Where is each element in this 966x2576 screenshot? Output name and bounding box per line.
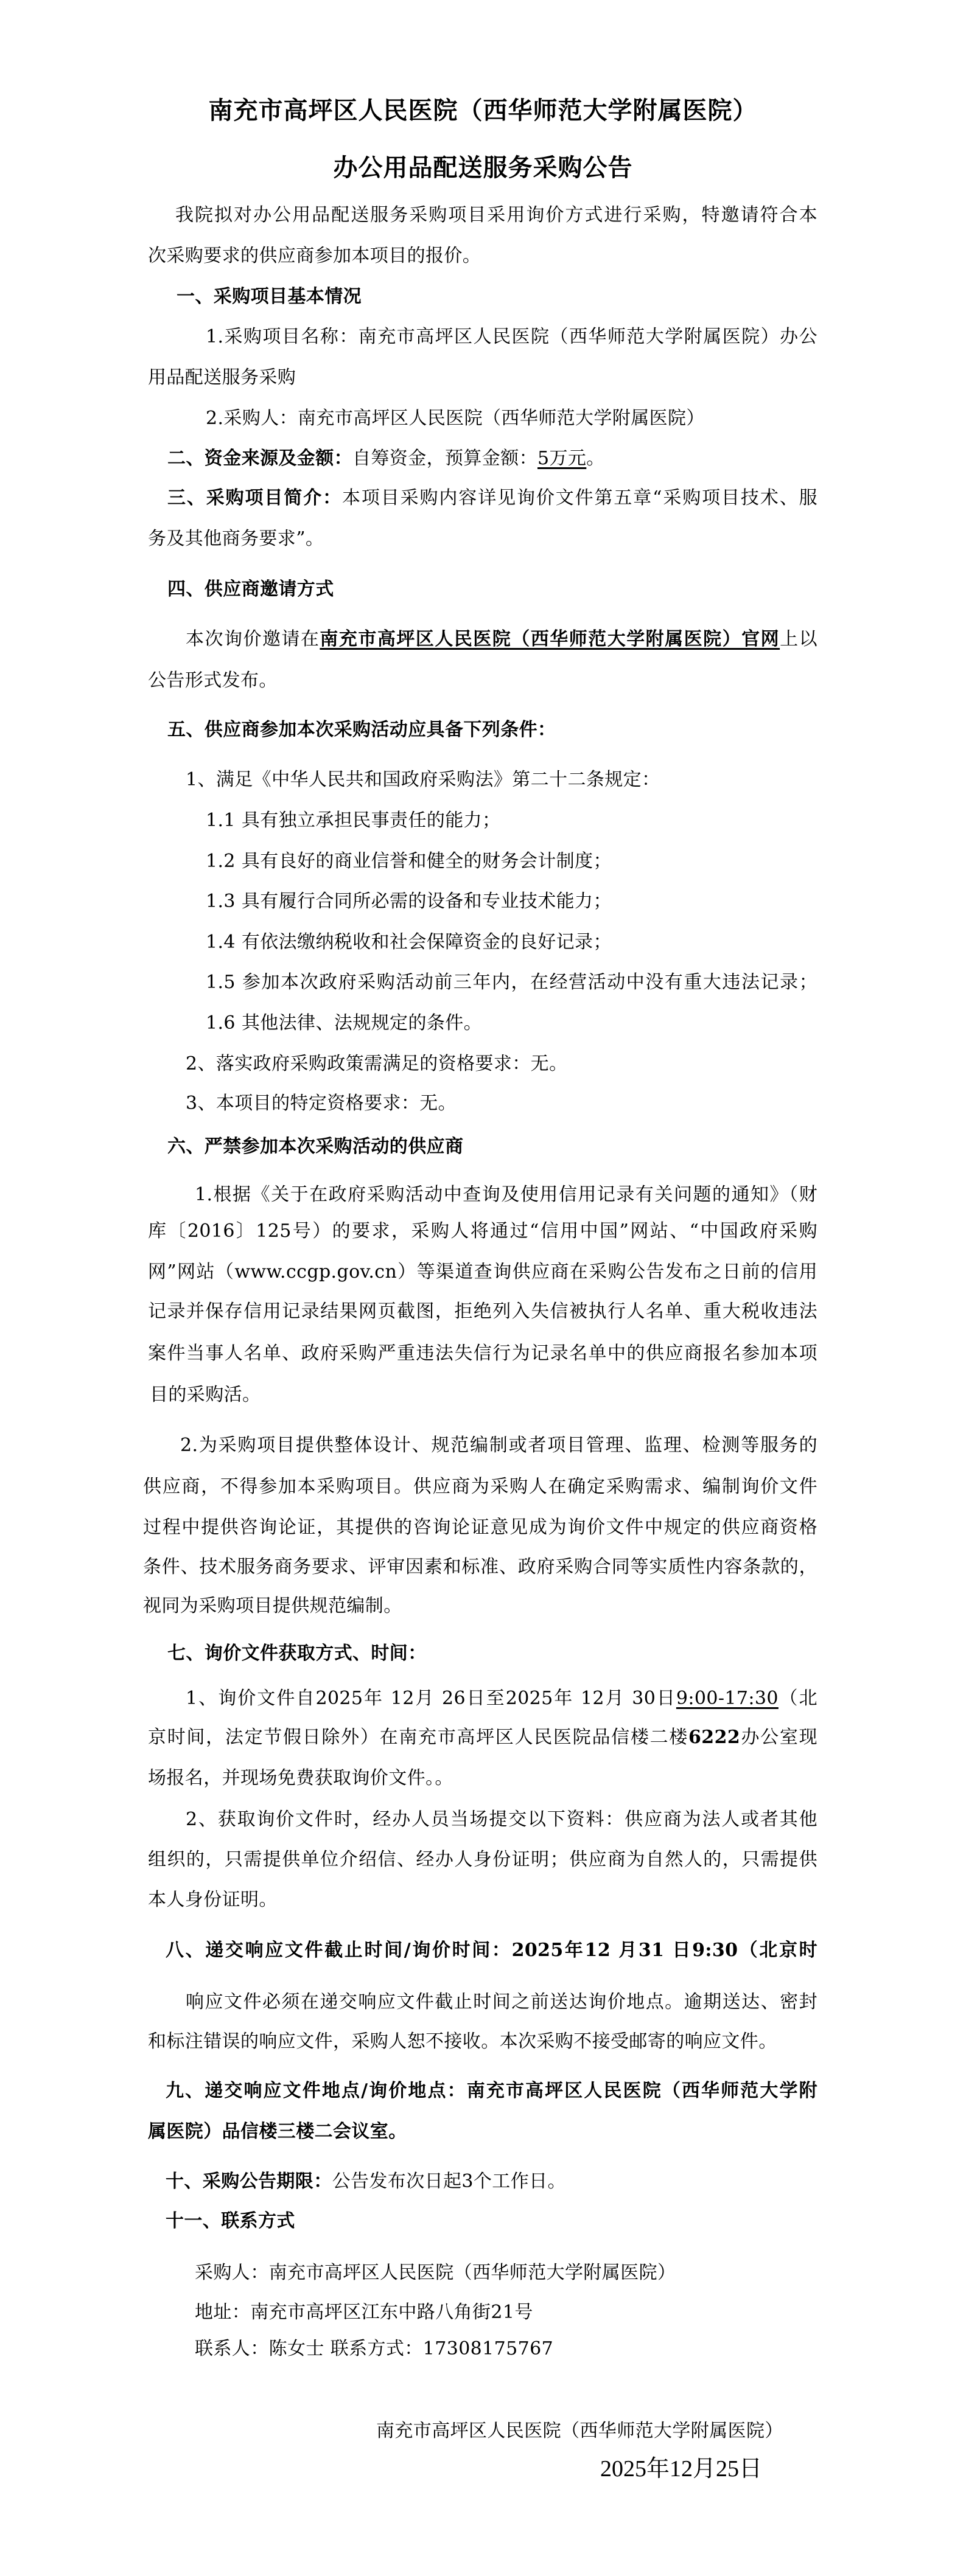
document-line: 本人身份证明。 (148, 1888, 278, 1912)
document-line: 1.3 具有履行合同所必需的设备和专业技术能力； (206, 889, 612, 914)
document-line: 四、供应商邀请方式 (167, 577, 334, 602)
document-line: 采购人：南充市高坪区人民医院（西华师范大学附属医院） (195, 2261, 676, 2285)
bold-text: 六、严禁参加本次采购活动的供应商 (167, 1136, 463, 1157)
document-line: 二、资金来源及金额：自筹资金，预算金额：5万元。 (167, 447, 605, 471)
document-line: 一、采购项目基本情况 (177, 285, 362, 309)
document-line: 库〔2016〕125号）的要求，采购人将通过“信用中国”网站、“中国政府采购 (148, 1219, 817, 1244)
document-line: 我院拟对办公用品配送服务采购项目采用询价方式进行采购，特邀请符合本 (175, 203, 817, 228)
text: 1.2 具有良好的商业信誉和健全的财务会计制度； (206, 851, 612, 872)
text: 用品配送服务采购 (148, 367, 296, 388)
document-line: 目的采购活。 (150, 1383, 261, 1407)
document-line: 网”网站（www.ccgp.gov.cn）等渠道查询供应商在采购公告发布之日前的… (148, 1260, 817, 1284)
document-line: 七、询价文件获取方式、时间： (167, 1641, 427, 1666)
document-line: 十一、联系方式 (166, 2209, 295, 2233)
text: 本项目采购内容详见询价文件第五章“采购项目技术、服 (342, 487, 817, 509)
text: 次采购要求的供应商参加本项目的报价。 (148, 245, 481, 266)
announcement-page: 南充市高坪区人民医院（西华师范大学附属医院） 办公用品配送服务采购公告 我院拟对… (0, 0, 966, 2576)
signature-org: 南充市高坪区人民医院（西华师范大学附属医院） (376, 2419, 783, 2443)
document-line: 记录并保存信用记录结果网页截图，拒绝列入失信被执行人名单、重大税收违法 (148, 1300, 817, 1324)
text: 案件当事人名单、政府采购严重违法失信行为记录名单中的供应商报名参加本项 (148, 1343, 817, 1364)
bold-text: 十、采购公告期限： (166, 2171, 332, 2192)
text: 本次询价邀请在 (186, 628, 320, 650)
document-line: 联系人：陈女士 联系方式：17308175767 (195, 2337, 553, 2361)
document-line: 场报名，并现场免费获取询价文件。。 (148, 1766, 453, 1791)
document-line: 本次询价邀请在南充市高坪区人民医院（西华师范大学附属医院）官网上以 (186, 627, 817, 652)
document-line: 三、采购项目简介：本项目采购内容详见询价文件第五章“采购项目技术、服 (167, 486, 817, 510)
bold-text: 八、递交响应文件截止时间/询价时间：2025年12 月31 日9:30（北京时间… (166, 1940, 817, 1963)
text: 务及其他商务要求”。 (148, 528, 324, 549)
document-line: 六、严禁参加本次采购活动的供应商 (167, 1135, 463, 1159)
text: 1.5 参加本次政府采购活动前三年内，在经营活动中没有重大违法记录； (206, 972, 817, 993)
document-line: 1.2 具有良好的商业信誉和健全的财务会计制度； (206, 849, 612, 874)
text: 库〔2016〕125号）的要求，采购人将通过“信用中国”网站、“中国政府采购 (148, 1220, 817, 1242)
text: 过程中提供咨询论证，其提供的咨询论证意见成为询价文件中规定的供应商资格 (143, 1517, 817, 1538)
document-line: 和标注错误的响应文件，采购人恕不接收。本次采购不接受邮寄的响应文件。 (148, 2030, 777, 2054)
bold-text: 二、资金来源及金额： (167, 448, 352, 469)
document-line: 案件当事人名单、政府采购严重违法失信行为记录名单中的供应商报名参加本项 (148, 1342, 817, 1366)
text: 采购人：南充市高坪区人民医院（西华师范大学附属医院） (195, 2262, 676, 2283)
text: 2.为采购项目提供整体设计、规范编制或者项目管理、监理、检测等服务的 (180, 1435, 817, 1456)
document-line: 2.采购人：南充市高坪区人民医院（西华师范大学附属医院） (206, 406, 705, 431)
document-line: 1、询价文件自2025年 12月 26日至2025年 12月 30日9:00-1… (186, 1687, 817, 1711)
text: （北 (779, 1688, 817, 1709)
document-line: 京时间，法定节假日除外）在南充市高坪区人民医院品信楼二楼6222办公室现 (148, 1725, 817, 1750)
text: 条件、技术服务商务要求、评审因素和标准、政府采购合同等实质性内容条款的， (143, 1556, 817, 1578)
text: 地址：南充市高坪区江东中路八角街21号 (195, 2302, 533, 2323)
bold-text: 一、采购项目基本情况 (177, 286, 362, 307)
underlined-text: 南充市高坪区人民医院（西华师范大学附属医院）官网 (320, 628, 780, 650)
text: 1.采购项目名称：南充市高坪区人民医院（西华师范大学附属医院）办公 (206, 326, 817, 347)
document-title: 办公用品配送服务采购公告 (0, 153, 966, 183)
text: 本人身份证明。 (148, 1889, 278, 1910)
text: 组织的，只需提供单位介绍信、经办人身份证明；供应商为自然人的，只需提供 (148, 1849, 817, 1870)
text: 自筹资金，预算金额： (352, 448, 537, 469)
text: 1.根据《关于在政府采购活动中查询及使用信用记录有关问题的通知》（财 (195, 1184, 817, 1205)
document-line: 视同为采购项目提供规范编制。 (143, 1594, 402, 1618)
text: 京时间，法定节假日除外）在南充市高坪区人民医院品信楼二楼 (148, 1727, 688, 1748)
text: 2.采购人：南充市高坪区人民医院（西华师范大学附属医院） (206, 408, 705, 429)
document-line: 1.5 参加本次政府采购活动前三年内，在经营活动中没有重大违法记录； (206, 970, 817, 995)
text: 联系人：陈女士 联系方式：17308175767 (195, 2338, 553, 2359)
text: 目的采购活。 (150, 1384, 261, 1405)
text: 1、满足《中华人民共和国政府采购法》第二十二条规定： (186, 769, 660, 790)
document-line: 八、递交响应文件截止时间/询价时间：2025年12 月31 日9:30（北京时间… (166, 1938, 817, 1963)
document-line: 1.根据《关于在政府采购活动中查询及使用信用记录有关问题的通知》（财 (195, 1183, 817, 1207)
bold-text: 七、询价文件获取方式、时间： (167, 1643, 427, 1664)
text: 公告发布次日起3个工作日。 (332, 2171, 566, 2192)
bold-text: 6222 (688, 1727, 740, 1748)
document-line: 五、供应商参加本次采购活动应具备下列条件： (167, 718, 556, 742)
text: 网”网站（www.ccgp.gov.cn）等渠道查询供应商在采购公告发布之日前的… (148, 1261, 817, 1283)
text: 1.6 其他法律、法规规定的条件。 (206, 1012, 482, 1034)
underlined-text: 5万元 (537, 448, 586, 469)
signature-date: 2025年12月25日 (600, 2456, 762, 2482)
document-line: 次采购要求的供应商参加本项目的报价。 (148, 244, 481, 268)
document-line: 九、递交响应文件地点/询价地点：南充市高坪区人民医院（西华师范大学附 (166, 2079, 817, 2103)
text: 记录并保存信用记录结果网页截图，拒绝列入失信被执行人名单、重大税收违法 (148, 1301, 817, 1322)
document-line: 1.4 有依法缴纳税收和社会保障资金的良好记录； (206, 930, 612, 955)
document-line: 公告形式发布。 (148, 669, 278, 693)
text: 1.4 有依法缴纳税收和社会保障资金的良好记录； (206, 931, 612, 953)
document-line: 十、采购公告期限：公告发布次日起3个工作日。 (166, 2170, 566, 2194)
text: 公告形式发布。 (148, 670, 278, 691)
text: 上以 (780, 628, 817, 650)
bold-text: 四、供应商邀请方式 (167, 579, 334, 600)
bold-text: 五、供应商参加本次采购活动应具备下列条件： (167, 719, 556, 740)
text: 视同为采购项目提供规范编制。 (143, 1595, 402, 1617)
underlined-text: 9:00-17:30 (676, 1688, 779, 1709)
text: 办公室现 (740, 1727, 817, 1748)
document-line: 1、满足《中华人民共和国政府采购法》第二十二条规定： (186, 768, 660, 792)
text: 供应商，不得参加本采购项目。供应商为采购人在确定采购需求、编制询价文件 (143, 1476, 817, 1497)
document-line: 响应文件必须在递交响应文件截止时间之前送达询价地点。逾期送达、密封 (186, 1990, 817, 2014)
text: 响应文件必须在递交响应文件截止时间之前送达询价地点。逾期送达、密封 (186, 1991, 817, 2013)
document-line: 2、落实政府采购政策需满足的资格要求：无。 (186, 1052, 568, 1076)
document-line: 1.6 其他法律、法规规定的条件。 (206, 1011, 482, 1036)
bold-text: 三、采购项目简介： (167, 487, 342, 509)
document-title-org: 南充市高坪区人民医院（西华师范大学附属医院） (0, 96, 966, 125)
bold-text: 九、递交响应文件地点/询价地点：南充市高坪区人民医院（西华师范大学附 (166, 2080, 817, 2101)
document-line: 务及其他商务要求”。 (148, 527, 324, 551)
text: 2、落实政府采购政策需满足的资格要求：无。 (186, 1053, 568, 1074)
text: 。 (586, 448, 604, 469)
text: 1.1 具有独立承担民事责任的能力； (206, 810, 500, 831)
text: 1、询价文件自2025年 12月 26日至2025年 12月 30日 (186, 1688, 676, 1709)
text: 2、获取询价文件时，经办人员当场提交以下资料：供应商为法人或者其他 (186, 1809, 817, 1830)
text: 我院拟对办公用品配送服务采购项目采用询价方式进行采购，特邀请符合本 (175, 204, 817, 226)
bold-text: 属医院）品信楼三楼二会议室。 (148, 2121, 407, 2142)
document-line: 用品配送服务采购 (148, 366, 296, 390)
document-line: 属医院）品信楼三楼二会议室。 (148, 2120, 407, 2144)
document-line: 2、获取询价文件时，经办人员当场提交以下资料：供应商为法人或者其他 (186, 1808, 817, 1832)
document-line: 3、本项目的特定资格要求：无。 (186, 1091, 457, 1116)
bold-text: 十一、联系方式 (166, 2210, 295, 2232)
document-line: 地址：南充市高坪区江东中路八角街21号 (195, 2300, 533, 2325)
text: 和标注错误的响应文件，采购人恕不接收。本次采购不接受邮寄的响应文件。 (148, 2031, 777, 2052)
document-line: 2.为采购项目提供整体设计、规范编制或者项目管理、监理、检测等服务的 (180, 1433, 817, 1458)
document-line: 组织的，只需提供单位介绍信、经办人身份证明；供应商为自然人的，只需提供 (148, 1848, 817, 1872)
document-line: 1.1 具有独立承担民事责任的能力； (206, 809, 500, 833)
document-line: 条件、技术服务商务要求、评审因素和标准、政府采购合同等实质性内容条款的， (143, 1555, 817, 1579)
text: 3、本项目的特定资格要求：无。 (186, 1093, 457, 1114)
document-line: 过程中提供咨询论证，其提供的咨询论证意见成为询价文件中规定的供应商资格 (143, 1516, 817, 1540)
document-line: 供应商，不得参加本采购项目。供应商为采购人在确定采购需求、编制询价文件 (143, 1475, 817, 1499)
text: 1.3 具有履行合同所必需的设备和专业技术能力； (206, 891, 612, 912)
text: 场报名，并现场免费获取询价文件。。 (148, 1767, 453, 1789)
document-line: 1.采购项目名称：南充市高坪区人民医院（西华师范大学附属医院）办公 (206, 325, 817, 349)
